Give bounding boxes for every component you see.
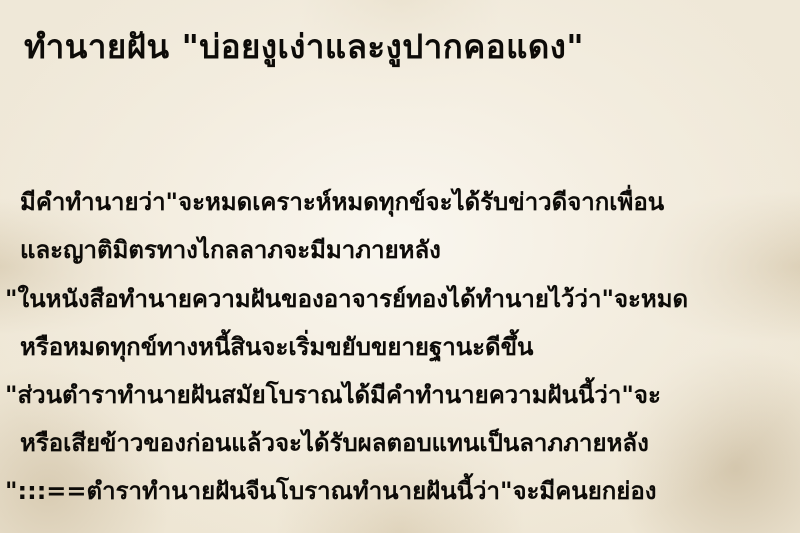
text-line: ":::==ตำราทำนายฝันจีนโบราณทำนายฝันนี้ว่า…: [5, 471, 656, 511]
text-line: "ส่วนตำราทำนายฝันสมัยโบราณได้มีคำทำนายคว…: [5, 375, 661, 415]
page-title: ทำนายฝัน "บ่อยงูเง่าและงูปากคอแดง": [24, 14, 584, 80]
text-line: และญาติมิตรทางไกลลาภจะมีมาภายหลัง: [20, 230, 441, 270]
text-line: มีคำทำนายว่า"จะหมดเคราะห์หมดทุกข์จะได้รั…: [20, 182, 664, 222]
text-line: หรือเสียข้าวของก่อนแล้วจะได้รับผลตอบแทนเ…: [20, 423, 649, 463]
text-line: "ในหนังสือทำนายความฝันของอาจารย์ทองได้ทำ…: [5, 279, 688, 319]
text-line: หรือหมดทุกข์ทางหนี้สินจะเริ่มขยับขยายฐาน…: [20, 327, 533, 367]
